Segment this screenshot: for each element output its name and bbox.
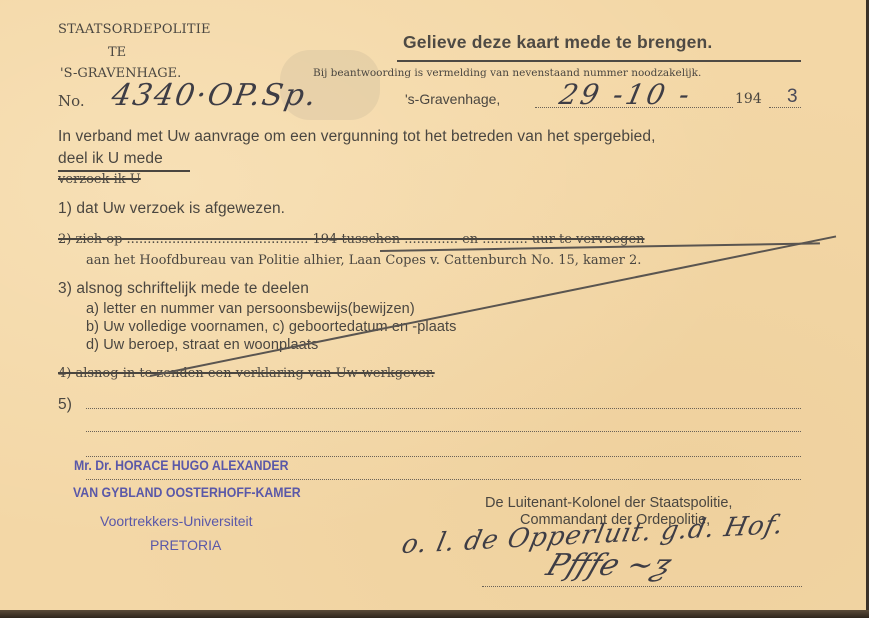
stamp-line-4: PRETORIA	[150, 537, 221, 553]
card-title: Gelieve deze kaart mede te brengen.	[403, 32, 713, 53]
signature-dotted-line	[482, 586, 802, 587]
item-3: 3) alsnog schriftelijk mede te deelen	[58, 280, 309, 298]
organisation-te: TE	[108, 45, 126, 60]
deel-ik-u-mede: deel ik U mede	[58, 150, 163, 168]
card-edge-bottom	[0, 610, 869, 618]
intro-text: In verband met Uw aanvrage om een vergun…	[58, 128, 656, 146]
signature-scrawl: Pfffe ~ƺ	[542, 548, 677, 583]
year-suffix-handwritten: 3	[787, 86, 798, 108]
item-5: 5)	[58, 396, 72, 414]
item-3b-3c: b) Uw volledige voornamen, c) geboorteda…	[86, 319, 457, 335]
stamp-line-2: VAN GYBLAND OOSTERHOFF-KAMER	[73, 484, 301, 500]
signatory-title-1: De Luitenant-Kolonel der Staatspolitie,	[485, 495, 732, 511]
item-2-address: aan het Hoofdbureau van Politie alhier, …	[86, 253, 641, 268]
stamp-line-3: Voortrekkers-Universiteit	[100, 513, 253, 529]
year-prefix: 194	[735, 91, 762, 107]
verzoek-struck: verzoek ik U	[58, 172, 141, 187]
item-3d: d) Uw beroep, straat en woonplaats	[86, 337, 318, 353]
title-underline	[397, 60, 801, 62]
number-label: No.	[58, 92, 85, 110]
number-value-handwritten: 4340·OP.Sp.	[109, 78, 321, 113]
item-3a: a) letter en nummer van persoonsbewijs(b…	[86, 301, 415, 317]
item-2-struck: 2) zich op .............................…	[58, 232, 645, 247]
item-1: 1) dat Uw verzoek is afgewezen.	[58, 200, 285, 218]
postcard: STAATSORDEPOLITIE TE 'S-GRAVENHAGE. No. …	[0, 0, 866, 610]
item-5-dotted-line-4	[86, 479, 801, 480]
organisation-name: STAATSORDEPOLITIE	[58, 22, 211, 37]
item-5-dotted-line-2	[86, 431, 801, 432]
item-5-dotted-line-1	[86, 408, 801, 409]
place-label: 's-Gravenhage,	[405, 91, 500, 107]
date-value-handwritten: 29 -10 -	[556, 78, 695, 111]
stamp-line-1: Mr. Dr. HORACE HUGO ALEXANDER	[74, 457, 288, 473]
item-4-struck: 4) alsnog in te zenden een verklaring va…	[58, 366, 435, 381]
